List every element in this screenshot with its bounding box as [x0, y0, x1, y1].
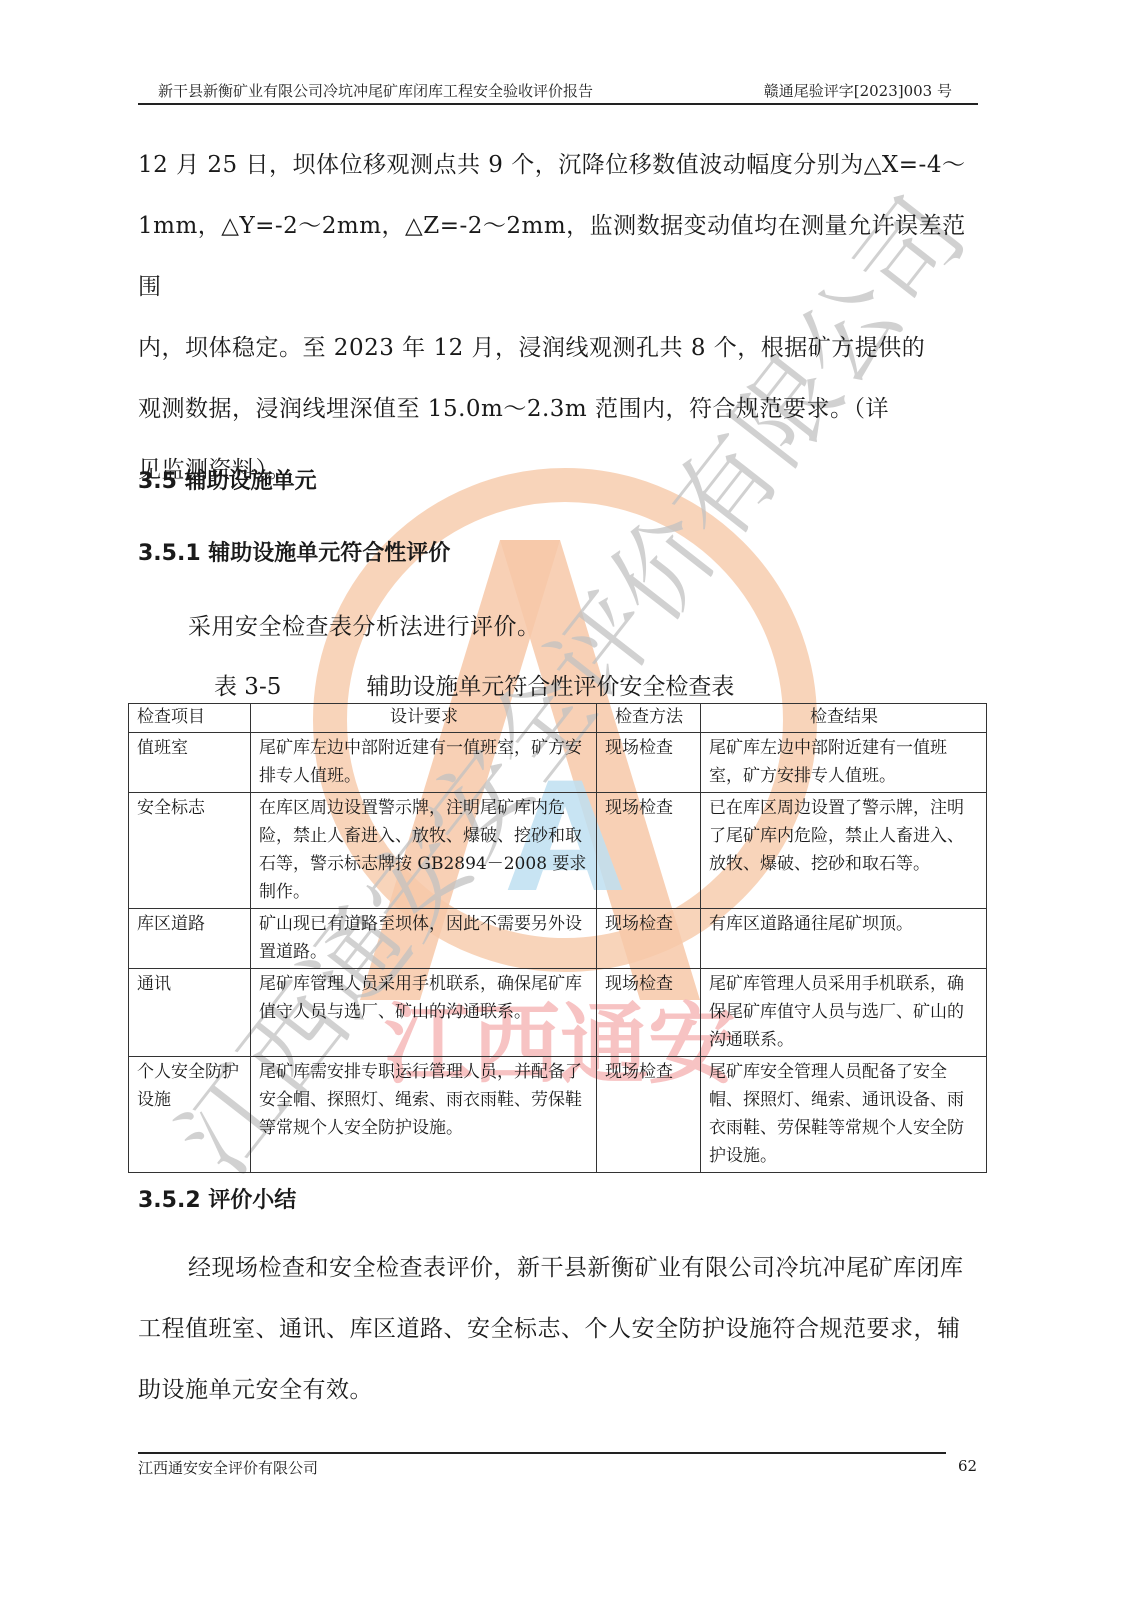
safety-checklist-table: 检查项目 设计要求 检查方法 检查结果 值班室 尾矿库左边中部附近建有一值班室，…	[128, 703, 987, 1173]
table-row: 库区道路 矿山现已有道路至坝体，因此不需要另外设置道路。 现场检查 有库区道路通…	[129, 909, 987, 969]
table-row: 通讯 尾矿库管理人员采用手机联系，确保尾矿库值守人员与选厂、矿山的沟通联系。 现…	[129, 969, 987, 1057]
cell-result: 已在库区周边设置了警示牌，注明了尾矿库内危险，禁止人畜进入、放牧、爆破、挖砂和取…	[701, 793, 987, 909]
section-heading-3-5-1: 3.5.1 辅助设施单元符合性评价	[138, 536, 450, 567]
cell-result: 尾矿库左边中部附近建有一值班室，矿方安排专人值班。	[701, 733, 987, 793]
cell-method: 现场检查	[597, 733, 701, 793]
cell-item: 库区道路	[129, 909, 251, 969]
cell-requirement: 矿山现已有道路至坝体，因此不需要另外设置道路。	[251, 909, 597, 969]
cell-requirement: 在库区周边设置警示牌，注明尾矿库内危险，禁止人畜进入、放牧、爆破、挖砂和取石等，…	[251, 793, 597, 909]
table-number: 表 3-5	[214, 668, 359, 701]
cell-item: 安全标志	[129, 793, 251, 909]
section-heading-3-5: 3.5 辅助设施单元	[138, 464, 317, 495]
cell-item: 通讯	[129, 969, 251, 1057]
text-line: 内，坝体稳定。至 2023 年 12 月，浸润线观测孔共 8 个，根据矿方提供的	[138, 318, 976, 379]
cell-result: 有库区道路通往尾矿坝顶。	[701, 909, 987, 969]
table-row: 个人安全防护设施 尾矿库需安排专职运行管理人员，并配备了安全帽、探照灯、绳索、雨…	[129, 1057, 987, 1173]
text-line: 1mm，△Y=-2～2mm，△Z=-2～2mm，监测数据变动值均在测量允许误差范…	[138, 196, 976, 318]
header-divider	[138, 103, 978, 105]
cell-requirement: 尾矿库左边中部附近建有一值班室，矿方安排专人值班。	[251, 733, 597, 793]
report-title: 新干县新衡矿业有限公司冷坑冲尾矿库闭库工程安全验收评价报告	[158, 80, 593, 101]
column-header-method: 检查方法	[597, 704, 701, 733]
document-page: A 江西通安 江西通安安全评价有限公司 新干县新衡矿业有限公司冷坑冲尾矿库闭库工…	[0, 0, 1131, 1600]
table-row: 值班室 尾矿库左边中部附近建有一值班室，矿方安排专人值班。 现场检查 尾矿库左边…	[129, 733, 987, 793]
cell-requirement: 尾矿库需安排专职运行管理人员，并配备了安全帽、探照灯、绳索、雨衣雨鞋、劳保鞋等常…	[251, 1057, 597, 1173]
cell-method: 现场检查	[597, 969, 701, 1057]
monitoring-paragraph: 12 月 25 日，坝体位移观测点共 9 个，沉降位移数值波动幅度分别为△X=-…	[138, 135, 976, 501]
text-line: 观测数据，浸润线埋深值至 15.0m～2.3m 范围内，符合规范要求。（详	[138, 379, 976, 440]
summary-text: 经现场检查和安全检查表评价，新干县新衡矿业有限公司冷坑冲尾矿库闭库工程值班室、通…	[138, 1238, 976, 1421]
cell-method: 现场检查	[597, 909, 701, 969]
cell-item: 个人安全防护设施	[129, 1057, 251, 1173]
column-header-result: 检查结果	[701, 704, 987, 733]
method-text: 采用安全检查表分析法进行评价。	[138, 597, 976, 658]
method-paragraph: 采用安全检查表分析法进行评价。	[138, 597, 976, 658]
summary-paragraph: 经现场检查和安全检查表评价，新干县新衡矿业有限公司冷坑冲尾矿库闭库工程值班室、通…	[138, 1238, 976, 1421]
page-header: 新干县新衡矿业有限公司冷坑冲尾矿库闭库工程安全验收评价报告 赣通尾验评字[202…	[138, 76, 978, 104]
cell-result: 尾矿库管理人员采用手机联系，确保尾矿库值守人员与选厂、矿山的沟通联系。	[701, 969, 987, 1057]
document-number: 赣通尾验评字[2023]003 号	[764, 80, 952, 101]
text-line: 12 月 25 日，坝体位移观测点共 9 个，沉降位移数值波动幅度分别为△X=-…	[138, 135, 976, 196]
footer-divider	[138, 1452, 946, 1454]
cell-method: 现场检查	[597, 1057, 701, 1173]
column-header-item: 检查项目	[129, 704, 251, 733]
footer-company: 江西通安安全评价有限公司	[138, 1457, 318, 1478]
cell-item: 值班室	[129, 733, 251, 793]
table-title: 辅助设施单元符合性评价安全检查表	[366, 674, 734, 700]
table-caption: 表 3-5 辅助设施单元符合性评价安全检查表	[214, 668, 734, 701]
cell-method: 现场检查	[597, 793, 701, 909]
cell-requirement: 尾矿库管理人员采用手机联系，确保尾矿库值守人员与选厂、矿山的沟通联系。	[251, 969, 597, 1057]
cell-result: 尾矿库安全管理人员配备了安全帽、探照灯、绳索、通讯设备、雨衣雨鞋、劳保鞋等常规个…	[701, 1057, 987, 1173]
page-number: 62	[958, 1457, 977, 1475]
table-row: 安全标志 在库区周边设置警示牌，注明尾矿库内危险，禁止人畜进入、放牧、爆破、挖砂…	[129, 793, 987, 909]
section-heading-3-5-2: 3.5.2 评价小结	[138, 1183, 296, 1214]
column-header-requirement: 设计要求	[251, 704, 597, 733]
table-header-row: 检查项目 设计要求 检查方法 检查结果	[129, 704, 987, 733]
